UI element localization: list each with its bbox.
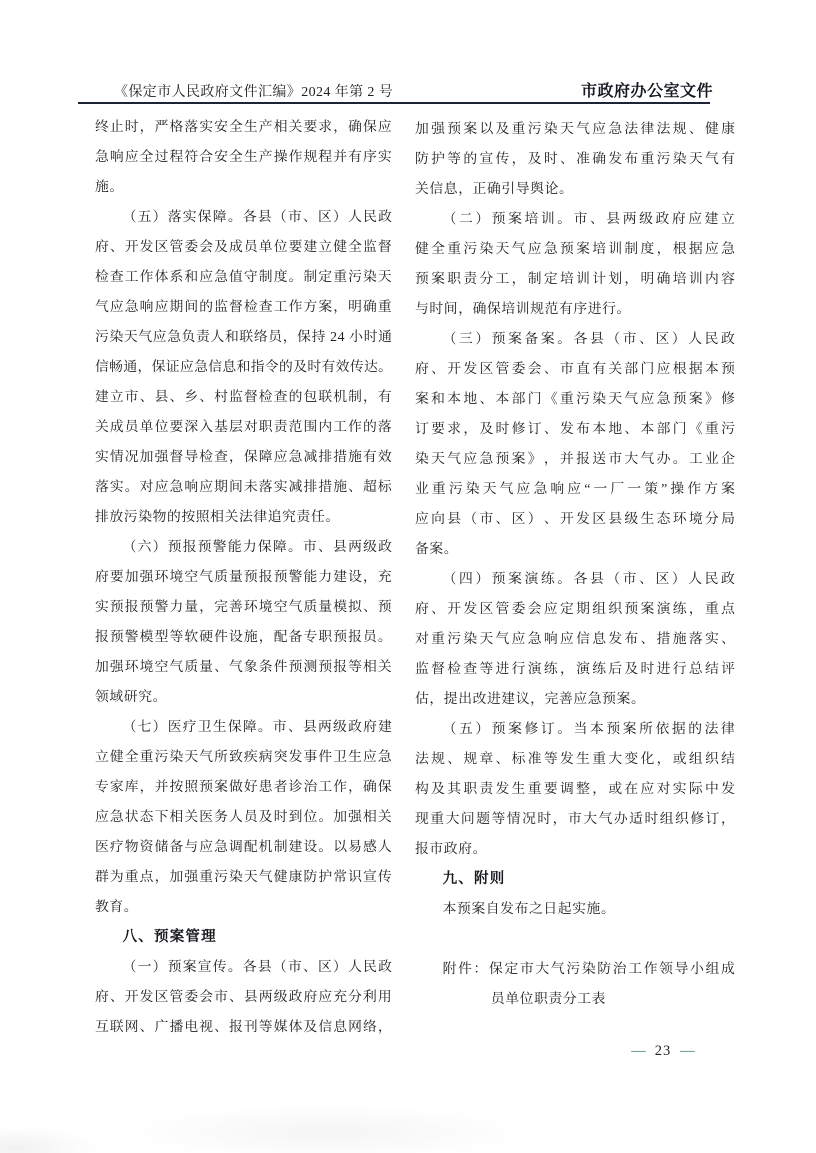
section-heading: 八、预案管理 [95, 922, 392, 952]
text-line: （五）预案修订。当本预案所依据的法律 [415, 714, 735, 744]
text-line: 专家库，并按照预案做好患者诊治工作，确保 [95, 772, 392, 802]
text-line: 府、开发区管委会及成员单位要建立健全监督 [95, 232, 392, 262]
page-number-dash-right: — [680, 1043, 695, 1060]
text-line: 估，提出改进建议，完善应急预案。 [415, 684, 735, 714]
text-line: 立健全重污染天气所致疾病突发事件卫生应急 [95, 742, 392, 772]
text-line: 报市政府。 [415, 834, 735, 864]
text-line: 报预警模型等软硬件设施，配备专职预报员。 [95, 622, 392, 652]
text-line: 监督检查等进行演练，演练后及时进行总结评 [415, 654, 735, 684]
header-office-label: 市政府办公室文件 [581, 78, 703, 101]
text-line: （六）预报预警能力保障。市、县两级政 [95, 532, 392, 562]
text-line: 案和本地、本部门《重污染天气应急预案》修 [415, 384, 735, 414]
text-line: （二）预案培训。市、县两级政府应建立 [415, 204, 735, 234]
text-line: 防护等的宣传，及时、准确发布重污染天气有 [415, 144, 735, 174]
text-line: 员单位职责分工表 [415, 984, 735, 1014]
text-line: 建立市、县、乡、村监督检查的包联机制，有 [95, 382, 392, 412]
text-line: （七）医疗卫生保障。市、县两级政府建 [95, 712, 392, 742]
text-line: 应向县（市、区）、开发区县级生态环境分局 [415, 504, 735, 534]
text-line: 教育。 [95, 892, 392, 922]
text-line: 医疗物资储备与应急调配机制建设。以易感人 [95, 832, 392, 862]
text-line: 府、开发区管委会、市直有关部门应根据本预 [415, 354, 735, 384]
page-number-dash-left: — [631, 1043, 646, 1060]
text-line: 构及其职责发生重要调整，或在应对实际中发 [415, 774, 735, 804]
text-line: （三）预案备案。各县（市、区）人民政 [415, 324, 735, 354]
text-line: 落实。对应急响应期间未落实减排措施、超标 [95, 472, 392, 502]
text-line: 府要加强环境空气质量预报预警能力建设，充 [95, 562, 392, 592]
text-line: 现重大问题等情况时，市大气办适时组织修订， [415, 804, 735, 834]
text-line: 污染天气应急负责人和联络员，保持 24 小时通 [95, 322, 392, 352]
text-line: 检查工作体系和应急值守制度。制定重污染天 [95, 262, 392, 292]
header-rule [78, 102, 710, 104]
text-line: 领域研究。 [95, 682, 392, 712]
text-line [415, 924, 735, 954]
text-line: 府、开发区管委会市、县两级政府应充分利用 [95, 982, 392, 1012]
text-line: 急响应全过程符合安全生产操作规程并有序实 [95, 142, 392, 172]
text-line: 实预报预警力量，完善环境空气质量模拟、预 [95, 592, 392, 622]
text-line: 备案。 [415, 534, 735, 564]
text-line: 实情况加强督导检查，保障应急减排措施有效 [95, 442, 392, 472]
text-line: 健全重污染天气应急预案培训制度，根据应急 [415, 234, 735, 264]
text-line: 关成员单位要深入基层对职责范围内工作的落 [95, 412, 392, 442]
text-line: 法规、规章、标准等发生重大变化，或组织结 [415, 744, 735, 774]
text-line: 应急状态下相关医务人员及时到位。加强相关 [95, 802, 392, 832]
text-line: 府、开发区管委会应定期组织预案演练，重点 [415, 594, 735, 624]
text-line: 互联网、广播电视、报刊等媒体及信息网络， [95, 1012, 392, 1042]
text-line: 业重污染天气应急响应“一厂一策”操作方案 [415, 474, 735, 504]
section-heading: 九、附则 [415, 864, 735, 894]
text-line: 信畅通，保证应急信息和指令的及时有效传达。 [95, 352, 392, 382]
text-line: 排放污染物的按照相关法律追究责任。 [95, 502, 392, 532]
document-page: 《保定市人民政府文件汇编》2024 年第 2 号 市政府办公室文件 终止时，严格… [0, 0, 816, 1153]
page-number: — 23 — [598, 1036, 728, 1066]
text-line: 关信息，正确引导舆论。 [415, 174, 735, 204]
text-line: 施。 [95, 172, 392, 202]
column-left: 终止时，严格落实安全生产相关要求，确保应急响应全过程符合安全生产操作规程并有序实… [95, 112, 392, 1042]
text-line: 气应急响应期间的监督检查工作方案，明确重 [95, 292, 392, 322]
text-line: （一）预案宣传。各县（市、区）人民政 [95, 952, 392, 982]
page-number-value: 23 [655, 1043, 672, 1060]
text-line: 加强环境空气质量、气象条件预测预报等相关 [95, 652, 392, 682]
column-right: 加强预案以及重污染天气应急法律法规、健康防护等的宣传，及时、准确发布重污染天气有… [415, 114, 735, 1014]
text-line: 终止时，严格落实安全生产相关要求，确保应 [95, 112, 392, 142]
header-compilation-title: 《保定市人民政府文件汇编》2024 年第 2 号 [114, 81, 393, 101]
text-line: 附件：保定市大气污染防治工作领导小组成 [415, 954, 735, 984]
text-line: 与时间，确保培训规范有序进行。 [415, 294, 735, 324]
text-line: 本预案自发布之日起实施。 [415, 894, 735, 924]
text-line: 订要求，及时修订、发布本地、本部门《重污 [415, 414, 735, 444]
text-line: （四）预案演练。各县（市、区）人民政 [415, 564, 735, 594]
text-line: 加强预案以及重污染天气应急法律法规、健康 [415, 114, 735, 144]
text-line: 预案职责分工，制定培训计划，明确培训内容 [415, 264, 735, 294]
text-line: 染天气应急预案》，并报送市大气办。工业企 [415, 444, 735, 474]
text-line: （五）落实保障。各县（市、区）人民政 [95, 202, 392, 232]
text-line: 对重污染天气应急响应信息发布、措施落实、 [415, 624, 735, 654]
text-line: 群为重点，加强重污染天气健康防护常识宣传 [95, 862, 392, 892]
